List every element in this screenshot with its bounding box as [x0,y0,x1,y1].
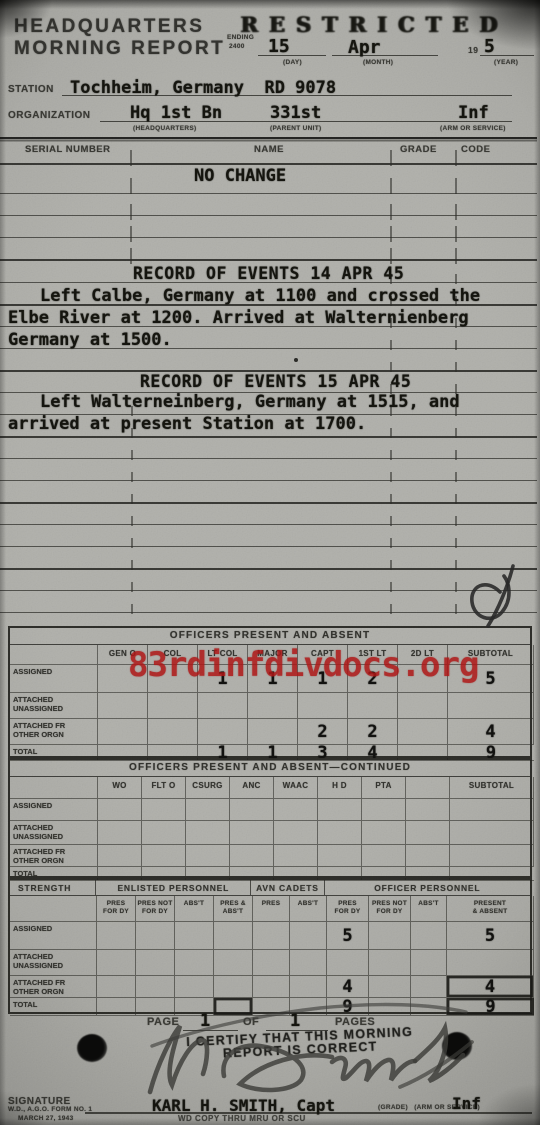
column-tick [390,178,392,194]
cell-value: 2 [348,719,398,745]
report-title-line1: HEADQUARTERS [14,16,225,38]
column-header: 2D LT [398,645,448,665]
cell-value: 5 [447,922,534,950]
event-title: RECORD OF EVENTS 14 APR 45 [133,264,404,283]
cell-value [186,845,230,867]
event-line: Left Calbe, Germany at 1100 and crossed … [40,286,480,306]
report-title: HEADQUARTERS MORNING REPORT [14,16,225,60]
strength-table: STRENGTH ENLISTED PERSONNEL AVN CADETS O… [8,878,532,1014]
cell-value [318,845,362,867]
cell-value [411,922,447,950]
column-tick [455,428,457,438]
column-header-spacer [10,777,98,799]
column-tick [390,582,392,592]
cell-value [398,665,448,693]
row-label: ATTACHED FR OTHER ORGN [10,845,98,867]
cell-value: 4 [327,976,369,998]
cell-value [298,693,348,719]
column-tick [455,226,457,242]
cell-value [248,693,298,719]
column-tick [390,150,392,166]
cell-value [97,950,136,976]
cell-value [398,719,448,745]
ending-time-label: 2400 [229,43,245,50]
column-tick [131,582,133,592]
cell-value [290,950,327,976]
cell-value [369,998,411,1016]
column-header: ANC [230,777,274,799]
row-label: ATTACHED UNASSIGNED [10,821,98,845]
cell-value [97,922,136,950]
officers-grid: GEN OCOLLT COLMAJORCAPT1ST LT2D LTSUBTOT… [10,645,530,761]
column-header: COL [148,645,198,665]
column-tick [455,150,457,166]
column-tick [131,450,133,460]
column-tick [455,604,457,614]
column-tick [390,450,392,460]
report-title-line2: MORNING REPORT [14,38,225,60]
column-header: GEN O [98,645,148,665]
column-header: PRES FOR DY [97,896,136,922]
column-tick [455,494,457,504]
column-tick [130,226,132,242]
column-tick [390,472,392,482]
cell-value [148,719,198,745]
rule-line [0,137,537,139]
cell-value [98,821,142,845]
cell-value [406,799,450,821]
cell-value [362,799,406,821]
column-tick [390,538,392,548]
organization-parent-unit-value: 331st [270,103,321,123]
column-tick [131,516,133,526]
cell-value [175,922,214,950]
cell-value [186,821,230,845]
cell-value [98,799,142,821]
cell-value [98,719,148,745]
row-label: TOTAL [10,998,97,1016]
column-header: PTA [362,777,406,799]
row-label: ATTACHED FR OTHER ORGN [10,719,98,745]
cell-value: 2 [348,665,398,693]
column-tick [390,604,392,614]
cell-value [186,799,230,821]
column-tick [131,494,133,504]
column-tick [390,226,392,242]
organization-label: ORGANIZATION [8,110,90,121]
organization-headquarters-value: Hq 1st Bn [130,103,222,123]
cell-value [398,693,448,719]
cell-value [411,976,447,998]
column-header: PRES NOT FOR DY [369,896,411,922]
arm-service-caption: (ARM OR SERVICE) [440,125,506,132]
cell-value: 9 [327,998,369,1016]
cell-value [214,922,253,950]
cell-value [253,950,290,976]
officers-table-title: OFFICERS PRESENT AND ABSENT [10,628,530,645]
cell-value [198,719,248,745]
scanned-morning-report-page: HEADQUARTERS MORNING REPORT RESTRICTED E… [0,0,540,1125]
row-label: ASSIGNED [10,799,98,821]
month-caption: (MONTH) [363,59,393,66]
page-value: 1 [200,1011,210,1031]
column-tick [131,560,133,570]
column-tick [390,204,392,220]
page-label: PAGE [147,1016,179,1028]
cell-value [450,845,534,867]
column-header: PRES & ABS'T [214,896,253,922]
column-header [406,777,450,799]
roster-col-code: CODE [461,144,490,155]
year-value: 5 [484,36,495,57]
strength-group-header: STRENGTH ENLISTED PERSONNEL AVN CADETS O… [10,880,530,896]
cell-value [98,845,142,867]
officers-continued-table: OFFICERS PRESENT AND ABSENT—CONTINUED WO… [8,758,532,878]
cell-value [97,998,136,1016]
cell-value [214,976,253,998]
cell-value [411,950,447,976]
officers-table: OFFICERS PRESENT AND ABSENT GEN OCOLLT C… [8,626,532,758]
station-value: Tochheim, Germany RD 9078 [70,78,336,98]
organization-arm-value: Inf [458,103,489,123]
column-tick [130,150,132,166]
column-tick [455,538,457,548]
column-header: SUBTOTAL [448,645,534,665]
cell-value [148,665,198,693]
cell-value [253,976,290,998]
row-label: ATTACHED UNASSIGNED [10,693,98,719]
column-tick [131,538,133,548]
column-tick [130,178,132,194]
cell-value [406,845,450,867]
column-tick [390,340,392,350]
column-tick [455,560,457,570]
cell-value [274,821,318,845]
cell-value [318,821,362,845]
station-label: STATION [8,84,54,95]
column-tick [390,494,392,504]
group-avn-cadets: AVN CADETS [251,880,324,895]
month-value: Apr [348,37,381,58]
group-enlisted-personnel: ENLISTED PERSONNEL [96,880,251,895]
cell-value [214,950,253,976]
column-tick [455,340,457,350]
cell-value [198,693,248,719]
day-caption: (DAY) [283,59,302,66]
cell-value [142,845,186,867]
cell-value [274,799,318,821]
column-header: PRES FOR DY [327,896,369,922]
roster-col-serial: SERIAL NUMBER [25,144,111,155]
cell-value [369,976,411,998]
column-header: PRES [253,896,290,922]
year-caption: (YEAR) [494,59,518,66]
column-tick [390,248,392,264]
column-header: MAJOR [248,645,298,665]
cell-value [406,821,450,845]
column-header: LT COL [198,645,248,665]
pages-value: 1 [290,1011,300,1031]
row-label: ATTACHED FR OTHER ORGN [10,976,97,998]
column-header-spacer [10,645,98,665]
column-header: SUBTOTAL [450,777,534,799]
column-header: FLT O [142,777,186,799]
column-tick [455,472,457,482]
of-label: OF [243,1016,259,1028]
column-tick [131,472,133,482]
cell-value: 5 [448,665,534,693]
cell-value [253,922,290,950]
column-tick [130,248,132,264]
column-header: WO [98,777,142,799]
column-tick [455,274,457,284]
parent-unit-caption: (PARENT UNIT) [270,125,321,132]
column-tick [455,582,457,592]
cell-value: 4 [448,719,534,745]
cell-value: 4 [447,976,534,998]
cell-value: 1 [198,665,248,693]
restricted-stamp: RESTRICTED [240,12,508,37]
cell-value [274,845,318,867]
officers-continued-title: OFFICERS PRESENT AND ABSENT—CONTINUED [10,760,530,777]
cell-value [142,821,186,845]
event-line: Left Walterneinberg, Germany at 1515, an… [40,392,460,412]
roster-entry: NO CHANGE [194,166,286,186]
cell-value [230,821,274,845]
form-id-line2: MARCH 27, 1943 [18,1115,74,1122]
cell-value [175,976,214,998]
row-label: ASSIGNED [10,922,97,950]
cell-value [253,998,290,1016]
copy-note: WD COPY THRU MRU OR SCU [178,1114,306,1123]
page-underline [183,1030,238,1031]
cell-value [136,976,175,998]
cell-value [327,950,369,976]
strength-title: STRENGTH [10,880,96,895]
column-tick [455,450,457,460]
column-header: ABS'T [290,896,327,922]
column-tick [455,248,457,264]
cell-value: 2 [298,719,348,745]
cell-value [362,845,406,867]
cell-value [362,821,406,845]
column-tick [390,516,392,526]
cell-value [97,976,136,998]
column-header: CAPT [298,645,348,665]
cell-value [98,693,148,719]
row-label: ATTACHED UNASSIGNED [10,950,97,976]
column-tick [455,362,457,372]
roster-col-name: NAME [254,144,284,155]
cell-value [248,719,298,745]
cell-value [98,665,148,693]
cell-value: 5 [327,922,369,950]
column-tick [390,362,392,372]
day-value: 15 [268,36,290,57]
column-header: ABS'T [411,896,447,922]
footer-arm-value: Inf [452,1094,481,1113]
cell-value [369,922,411,950]
cell-value [369,950,411,976]
column-header: WAAC [274,777,318,799]
strength-grid: PRES FOR DYPRES NOT FOR DYABS'TPRES & AB… [10,896,530,1016]
cell-value [450,821,534,845]
cell-value [214,998,253,1016]
cell-value: 1 [298,665,348,693]
punch-hole-left [77,1034,107,1062]
event-line: Germany at 1500. [8,330,172,350]
column-tick [390,560,392,570]
column-tick [455,204,457,220]
column-header: ABS'T [175,896,214,922]
cell-value [230,845,274,867]
signed-name: KARL H. SMITH, Capt [152,1096,335,1115]
cell-value [148,693,198,719]
stray-period-mark [294,358,298,362]
cell-value [348,693,398,719]
column-header: H D [318,777,362,799]
cell-value [175,950,214,976]
event-line: Elbe River at 1200. Arrived at Walternie… [8,308,469,328]
column-tick [130,204,132,220]
cell-value [318,799,362,821]
column-header: 1ST LT [348,645,398,665]
headquarters-caption: (HEADQUARTERS) [133,125,196,132]
cell-value [136,922,175,950]
column-tick [131,604,133,614]
cell-value [448,693,534,719]
cell-value: 9 [447,998,534,1016]
column-tick [390,428,392,438]
cell-value [136,998,175,1016]
column-header: PRES NOT FOR DY [136,896,175,922]
cell-value [230,799,274,821]
cell-value [447,950,534,976]
year-prefix: 19 [468,45,478,55]
cell-value [411,998,447,1016]
officers-continued-grid: WOFLT OCSURGANCWAACH DPTASUBTOTALASSIGNE… [10,777,530,881]
form-id-line1: W.D., A.G.O. FORM NO. 1 [8,1106,92,1113]
roster-col-grade: GRADE [400,144,437,155]
cell-value [290,922,327,950]
cell-value [136,950,175,976]
cell-value: 1 [248,665,298,693]
column-header-spacer [10,896,97,922]
row-label: ASSIGNED [10,665,98,693]
cell-value [450,799,534,821]
cell-value [290,976,327,998]
cell-value [142,799,186,821]
event-line: arrived at present Station at 1700. [8,414,366,434]
column-header: CSURG [186,777,230,799]
event-title: RECORD OF EVENTS 15 APR 45 [140,372,411,391]
column-tick [455,178,457,194]
group-officer-personnel: OFFICER PERSONNEL [325,880,530,895]
column-header: PRESENT & ABSENT [447,896,534,922]
column-tick [455,516,457,526]
ending-label: ENDING [227,34,254,41]
